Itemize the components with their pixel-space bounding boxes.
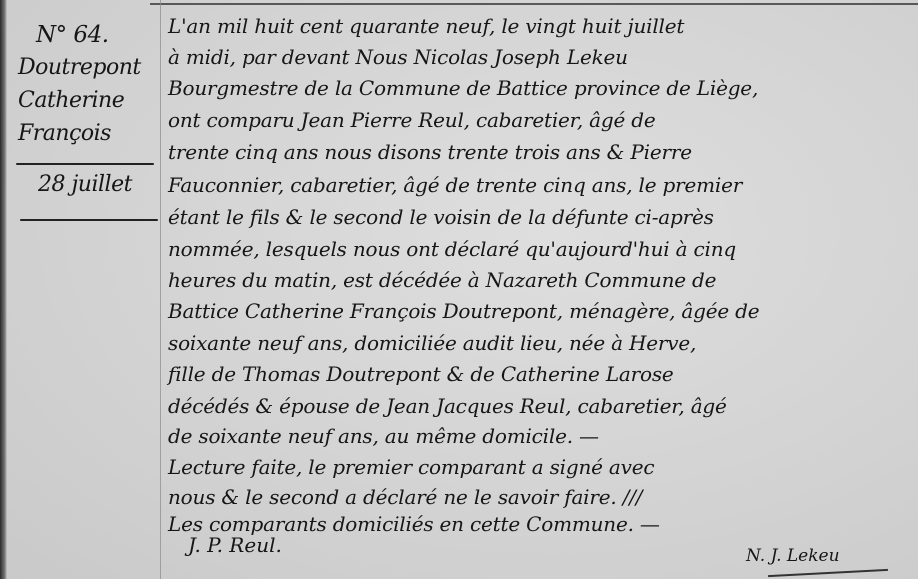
body-line-8: nommée, lesquels nous ont déclaré qu'auj… bbox=[168, 237, 736, 261]
mayor-signature-underline bbox=[768, 569, 888, 577]
mayor-signature: N. J. Lekeu bbox=[746, 546, 840, 566]
body-line-2: à midi, par devant Nous Nicolas Joseph L… bbox=[168, 45, 628, 69]
body-line-10: Battice Catherine François Doutrepont, m… bbox=[168, 299, 759, 323]
margin-rule-line bbox=[160, 0, 161, 579]
margin-given-name-2: François bbox=[18, 121, 111, 146]
body-line-9: heures du matin, est décédée à Nazareth … bbox=[168, 268, 716, 292]
body-line-15: Lecture faite, le premier comparant a si… bbox=[168, 455, 654, 479]
body-line-13: décédés & épouse de Jean Jacques Reul, c… bbox=[168, 394, 727, 418]
register-page: N° 64. Doutrepont Catherine François 28 … bbox=[0, 0, 918, 579]
margin-separator bbox=[16, 163, 154, 165]
body-line-1: L'an mil huit cent quarante neuf, le vin… bbox=[168, 14, 684, 38]
body-line-3: Bourgmestre de la Commune de Battice pro… bbox=[168, 76, 758, 100]
body-line-12: fille de Thomas Doutrepont & de Catherin… bbox=[168, 362, 674, 386]
margin-date: 28 juillet bbox=[38, 172, 132, 197]
margin-separator-2 bbox=[20, 219, 158, 221]
entry-number: N° 64. bbox=[36, 22, 109, 48]
body-line-14: de soixante neuf ans, au même domicile. … bbox=[168, 424, 599, 448]
body-line-16: nous & le second a déclaré ne le savoir … bbox=[168, 485, 642, 509]
margin-given-name-1: Catherine bbox=[18, 88, 124, 113]
body-line-7: étant le fils & le second le voisin de l… bbox=[168, 205, 714, 229]
body-line-4: ont comparu Jean Pierre Reul, cabaretier… bbox=[168, 108, 656, 132]
margin-surname: Doutrepont bbox=[18, 55, 141, 80]
body-line-6: Fauconnier, cabaretier, âgé de trente ci… bbox=[168, 173, 742, 197]
top-rule-line bbox=[150, 3, 918, 5]
page-binding-edge bbox=[0, 0, 7, 579]
declarant-signature: J. P. Reul. bbox=[188, 533, 282, 557]
body-line-5: trente cinq ans nous disons trente trois… bbox=[168, 140, 692, 164]
body-line-11: soixante neuf ans, domiciliée audit lieu… bbox=[168, 331, 696, 355]
